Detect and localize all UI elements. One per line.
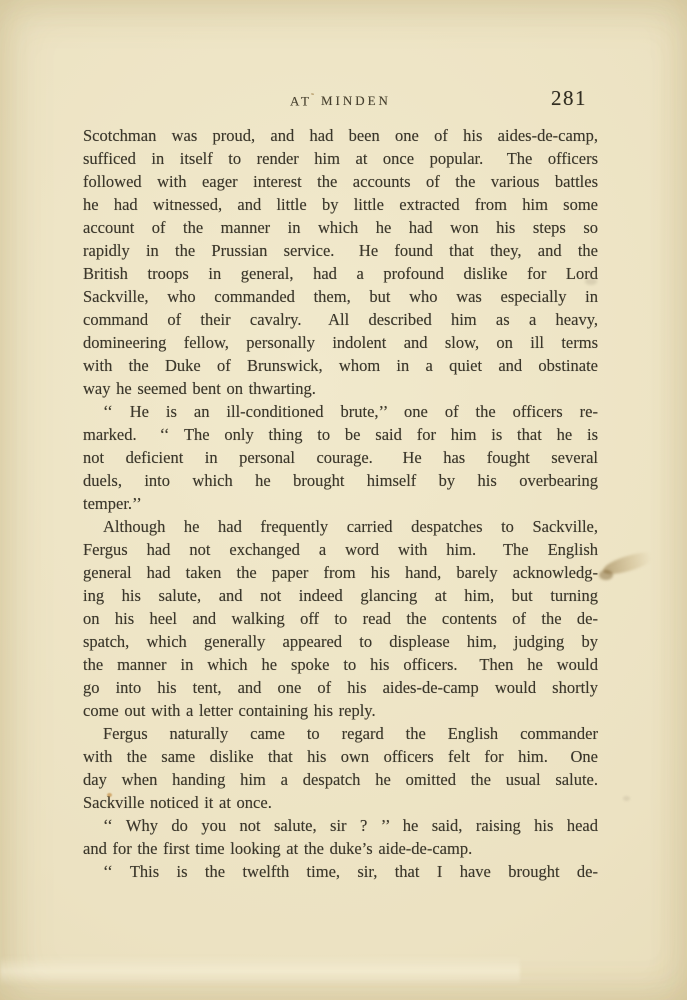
text-line: general had taken the paper from his han… bbox=[83, 561, 598, 584]
text-line: go into his tent, and one of his aides-d… bbox=[83, 676, 598, 699]
text-line: ‘‘ This is the twelfth time, sir, that I… bbox=[83, 860, 598, 883]
text-line: command of their cavalry. All described … bbox=[83, 308, 598, 331]
book-page: AT˜MINDEN 281 Scotchman was proud, and h… bbox=[0, 0, 687, 1000]
paragraph: ‘‘ He is an ill-conditioned brute,’’ one… bbox=[83, 400, 598, 515]
page-header: AT˜MINDEN 281 bbox=[83, 86, 598, 112]
print-artifact-mark: ˜ bbox=[311, 92, 314, 102]
running-title-right: MINDEN bbox=[321, 93, 391, 108]
paper-sheen bbox=[0, 956, 520, 986]
text-line: way he seemed bent on thwarting. bbox=[83, 377, 598, 400]
text-line: and for the first time looking at the du… bbox=[83, 837, 598, 860]
paragraph: ‘‘ Why do you not salute, sir ? ’’ he sa… bbox=[83, 814, 598, 860]
text-line: Although he had frequently carried despa… bbox=[83, 515, 598, 538]
text-line: ‘‘ Why do you not salute, sir ? ’’ he sa… bbox=[83, 814, 598, 837]
text-line: with the same dislike that his own offic… bbox=[83, 745, 598, 768]
paragraph: Fergus naturally came to regard the Engl… bbox=[83, 722, 598, 814]
text-line: with the Duke of Brunswick, whom in a qu… bbox=[83, 354, 598, 377]
text-line: not deficient in personal courage. He ha… bbox=[83, 446, 598, 469]
paper-smudge bbox=[585, 278, 597, 285]
text-line: ‘‘ He is an ill-conditioned brute,’’ one… bbox=[83, 400, 598, 423]
text-line: on his heel and walking off to read the … bbox=[83, 607, 598, 630]
ink-speck bbox=[107, 793, 112, 797]
text-line: Fergus had not exchanged a word with him… bbox=[83, 538, 598, 561]
text-line: account of the manner in which he had wo… bbox=[83, 216, 598, 239]
paragraph: Although he had frequently carried despa… bbox=[83, 515, 598, 722]
running-title: AT˜MINDEN bbox=[83, 92, 598, 109]
text-line: spatch, which generally appeared to disp… bbox=[83, 630, 598, 653]
text-line: British troops in general, had a profoun… bbox=[83, 262, 598, 285]
page-number: 281 bbox=[551, 86, 587, 111]
text-line: Fergus naturally came to regard the Engl… bbox=[83, 722, 598, 745]
text-line: Scotchman was proud, and had been one of… bbox=[83, 124, 598, 147]
text-line: followed with eager interest the account… bbox=[83, 170, 598, 193]
paragraph: Scotchman was proud, and had been one of… bbox=[83, 124, 598, 400]
text-line: he had witnessed, and little by little e… bbox=[83, 193, 598, 216]
text-line: Sackville noticed it at once. bbox=[83, 791, 598, 814]
paper-smudge bbox=[623, 796, 630, 801]
text-line: duels, into which he brought himself by … bbox=[83, 469, 598, 492]
text-block: Scotchman was proud, and had been one of… bbox=[83, 124, 598, 883]
text-line: marked. ‘‘ The only thing to be said for… bbox=[83, 423, 598, 446]
text-line: ing his salute, and not indeed glancing … bbox=[83, 584, 598, 607]
text-line: come out with a letter containing his re… bbox=[83, 699, 598, 722]
text-line: day when handing him a despatch he omitt… bbox=[83, 768, 598, 791]
text-line: rapidly in the Prussian service. He foun… bbox=[83, 239, 598, 262]
text-line: temper.’’ bbox=[83, 492, 598, 515]
text-line: sufficed in itself to render him at once… bbox=[83, 147, 598, 170]
running-title-left: AT bbox=[290, 93, 312, 108]
ink-stain-blob bbox=[599, 570, 613, 580]
text-line: domineering fellow, personally indolent … bbox=[83, 331, 598, 354]
paragraph: ‘‘ This is the twelfth time, sir, that I… bbox=[83, 860, 598, 883]
text-line: the manner in which he spoke to his offi… bbox=[83, 653, 598, 676]
text-line: Sackville, who commanded them, but who w… bbox=[83, 285, 598, 308]
